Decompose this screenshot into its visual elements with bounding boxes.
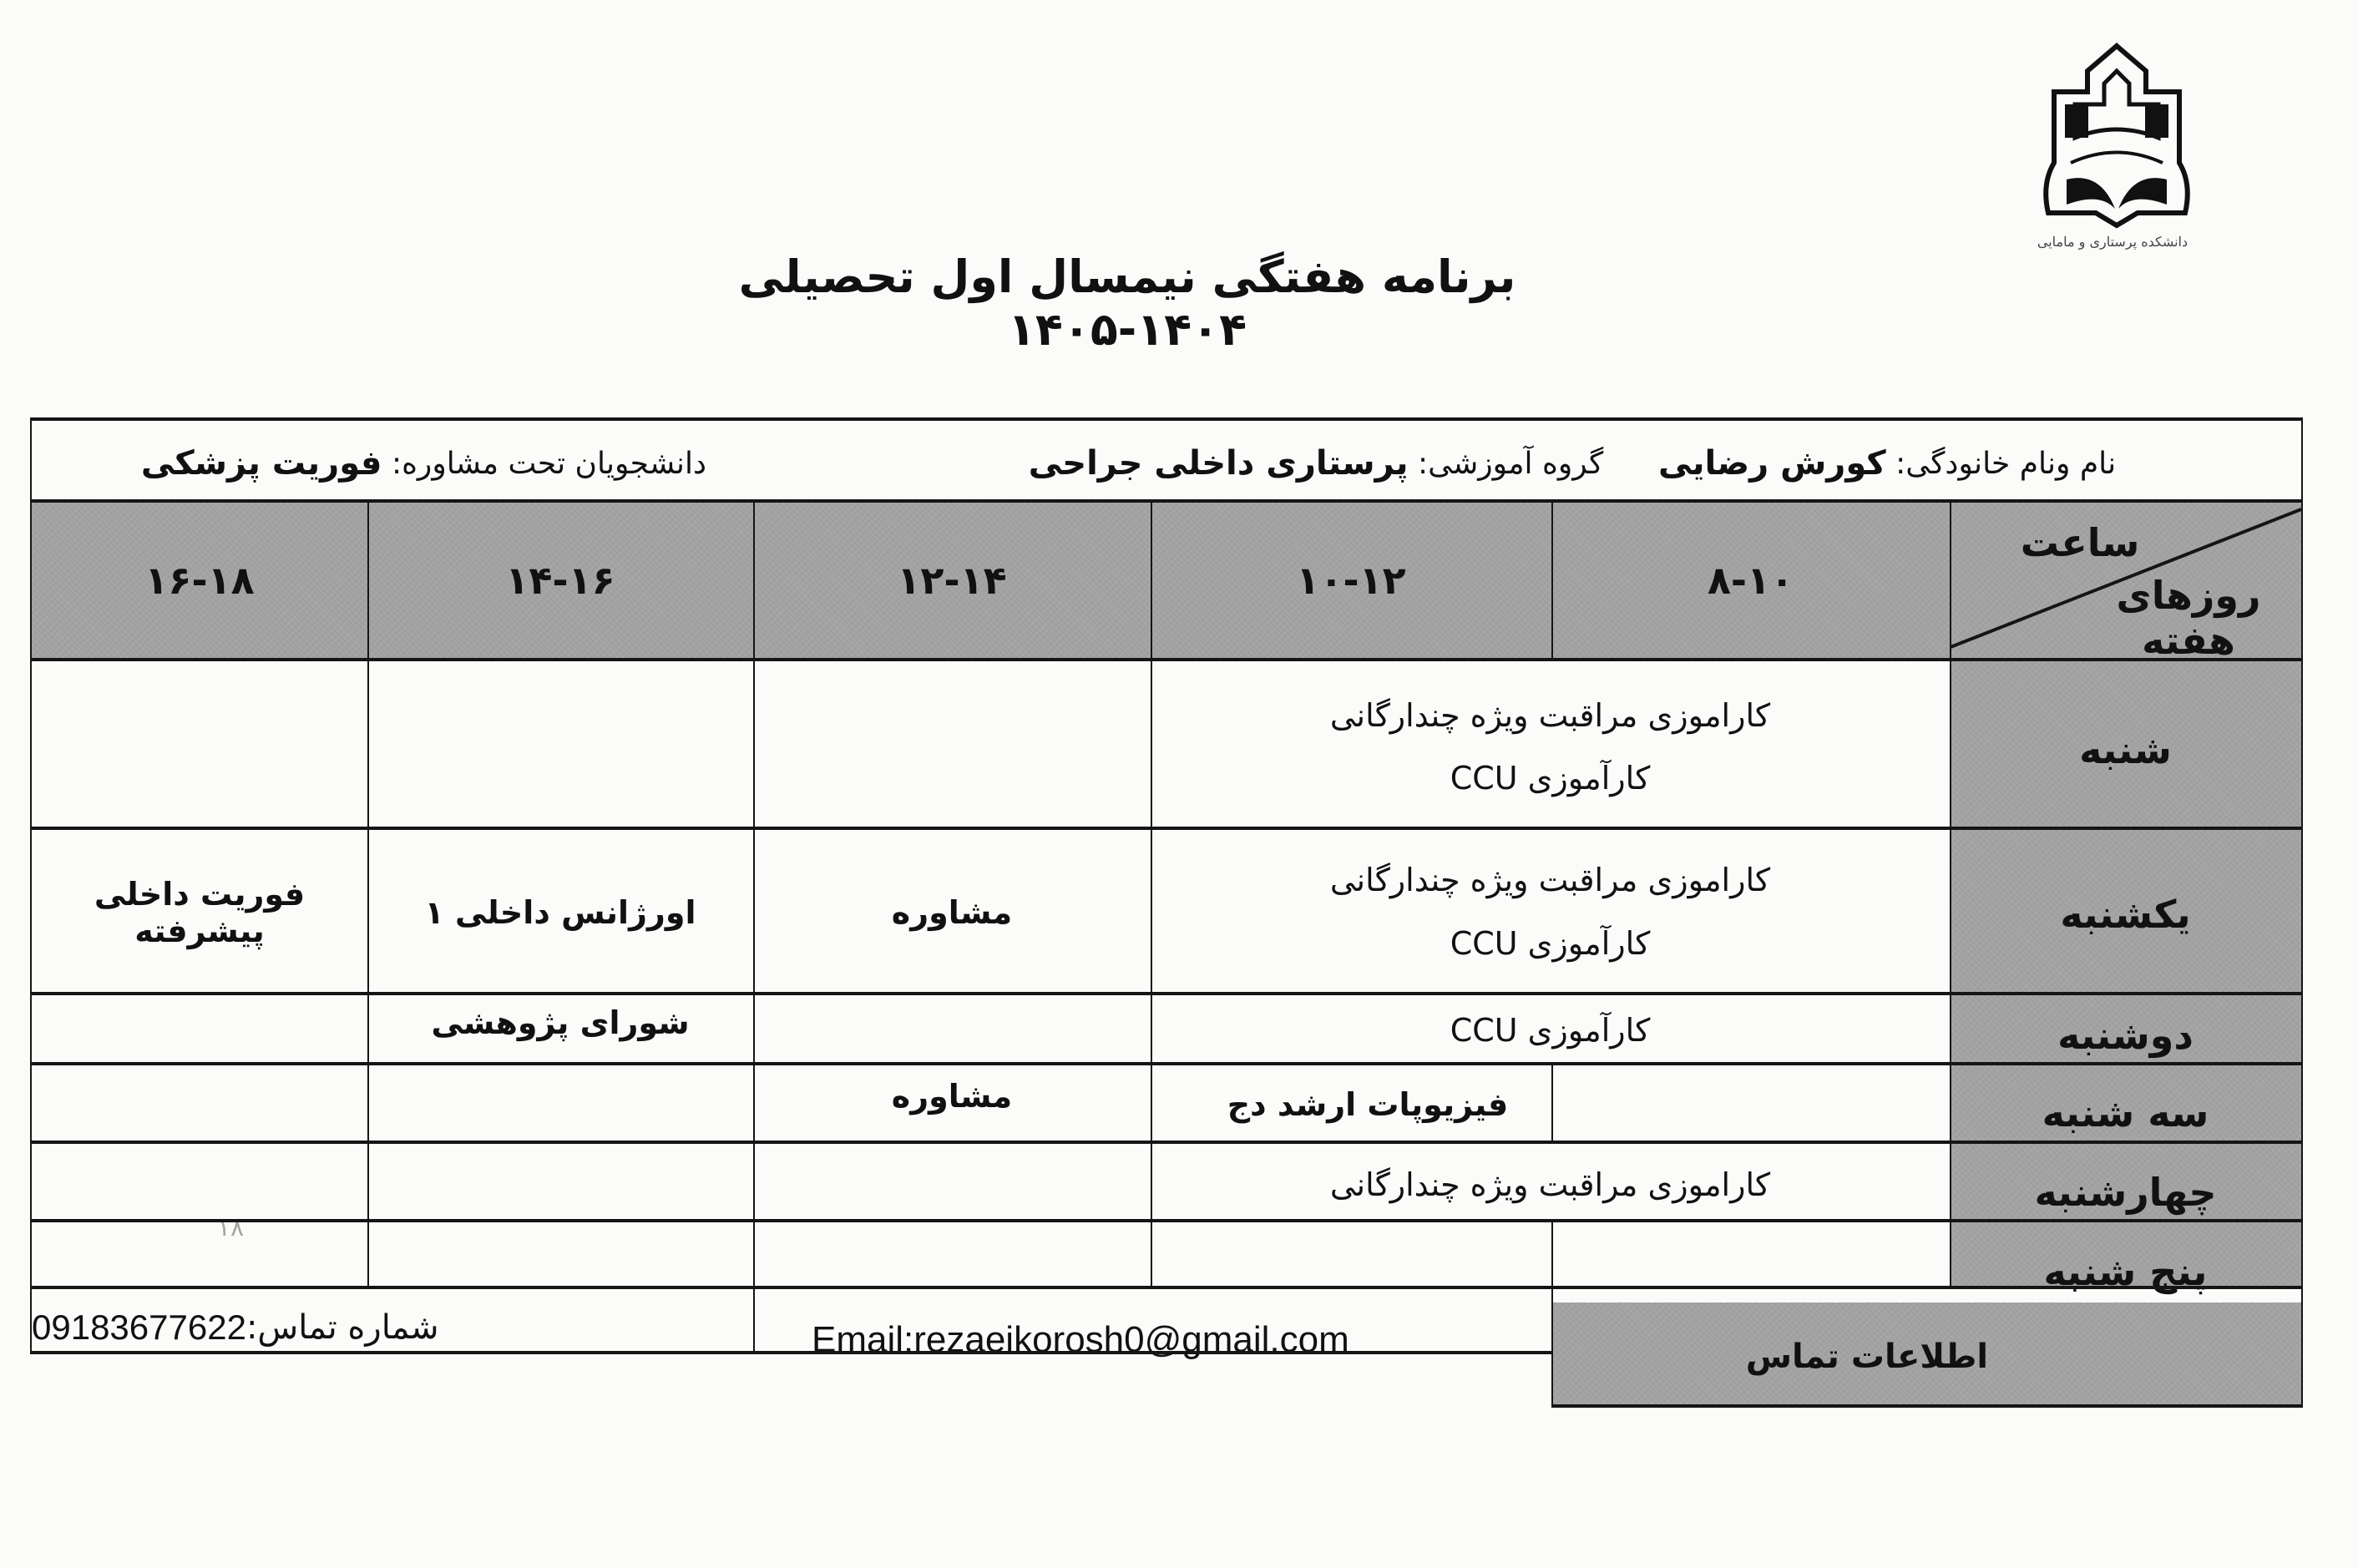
row-border-mon	[30, 1062, 2303, 1065]
col-border-10-12	[1151, 660, 1152, 1286]
tuesday-10-12-cell: فیزیوپات ارشد دج	[1151, 1065, 1585, 1144]
monday-8-12-cell: کارآموزی CCU	[1151, 994, 1950, 1069]
department-label: گروه آموزشی:	[1418, 447, 1603, 481]
phone-field: شماره تماس:09183677622	[32, 1286, 753, 1369]
advisees-field: دانشجویان تحت مشاوره: فوریت پزشکی	[72, 426, 706, 501]
sunday-12-14-cell: مشاوره	[753, 831, 1151, 994]
row-border-tue	[30, 1141, 2303, 1144]
time-slot-12-14: ۱۲-۱۴	[753, 501, 1151, 660]
sunday-16-18-cell: فوریت داخلی پیشرفته	[32, 831, 367, 994]
contact-bottom-border-right	[1551, 1404, 2303, 1408]
show-through-artifact: ۱۸	[197, 1194, 264, 1261]
time-slot-16-18: ۱۶-۱۸	[32, 501, 367, 660]
course-multiorgan-icu-internship: کاراموزی مراقبت ویژه چندارگانی	[1330, 859, 1770, 902]
sunday-14-16-cell: اورژانس داخلی ۱	[367, 831, 753, 994]
department-field: گروه آموزشی: پرستاری داخلی جراحی	[949, 426, 1683, 501]
department-value: پرستاری داخلی جراحی	[1029, 444, 1409, 483]
page-title: برنامه هفتگی نیمسال اول تحصیلی ۱۴۰۴-۱۴۰۵	[668, 250, 1586, 356]
name-label: نام ونام خانودگی:	[1895, 447, 2116, 481]
corner-time-label: ساعت	[1976, 509, 2184, 576]
header-bottom-border	[30, 658, 2303, 661]
advisees-value: فوریت پزشکی	[141, 444, 382, 483]
contact-bottom-border-left	[30, 1351, 1551, 1354]
row-border-sun	[30, 992, 2303, 995]
col-border-8-10-tue	[1551, 1062, 1553, 1141]
contact-label: اطلاعات تماس	[1617, 1311, 2118, 1403]
col-border-8-10-hdr	[1551, 501, 1553, 660]
university-emblem-icon	[1991, 38, 2242, 263]
col-border-10-12-hdr	[1151, 501, 1152, 660]
day-sunday: یکشنبه	[1950, 831, 2301, 998]
corner-days-label: روزهای هفته	[2076, 584, 2301, 651]
course-ccu-internship: کارآموزی CCU	[1450, 757, 1651, 800]
time-slot-14-16: ۱۴-۱۶	[367, 501, 753, 660]
phone-label: شماره تماس:	[246, 1308, 439, 1347]
row-border-thu	[30, 1286, 2303, 1289]
row-border-sat	[30, 827, 2303, 830]
course-multiorgan-icu-internship: کاراموزی مراقبت ویژه چندارگانی	[1330, 695, 1770, 737]
table-left-border	[30, 417, 32, 1353]
table-right-border	[2301, 417, 2303, 1406]
schedule-table: نام ونام خانودگی: کورش رضایی گروه آموزشی…	[30, 417, 2303, 1419]
instructor-name-field: نام ونام خانودگی: کورش رضایی	[1658, 426, 2297, 501]
course-ccu-internship: کارآموزی CCU	[1450, 923, 1651, 965]
time-slot-8-10: ۸-۱۰	[1551, 501, 1950, 660]
tuesday-12-14-cell: مشاوره	[753, 1056, 1151, 1136]
phone-number[interactable]: 09183677622	[32, 1308, 246, 1348]
col-border-8-10-thu	[1551, 1219, 1553, 1406]
sunday-8-12-cell: کاراموزی مراقبت ویژه چندارگانی کارآموزی …	[1151, 831, 1950, 994]
monday-14-16-cell: شورای پژوهشی	[367, 985, 753, 1060]
advisees-label: دانشجویان تحت مشاوره:	[392, 447, 706, 481]
wednesday-8-12-cell: کاراموزی مراقبت ویژه چندارگانی	[1151, 1144, 1950, 1227]
time-slot-10-12: ۱۰-۱۲	[1151, 501, 1551, 660]
day-column-border	[1950, 501, 1951, 1286]
day-thursday: پنج شنبه	[1950, 1232, 2301, 1311]
col-border-14-16	[367, 501, 369, 1286]
saturday-8-12-cell: کاراموزی مراقبت ویژه چندارگانی کارآموزی …	[1151, 668, 1950, 827]
email-link[interactable]: Email:rezaeikorosh0@gmail.com	[753, 1294, 1551, 1386]
logo-caption: دانشکده پرستاری و مامایی	[2004, 234, 2221, 250]
row-border-wed	[30, 1219, 2303, 1222]
table-top-border	[30, 417, 2303, 421]
info-row-border	[30, 499, 2303, 503]
name-value: کورش رضایی	[1658, 444, 1886, 483]
day-saturday: شنبه	[1950, 668, 2301, 831]
col-border-12-14	[753, 501, 755, 1353]
